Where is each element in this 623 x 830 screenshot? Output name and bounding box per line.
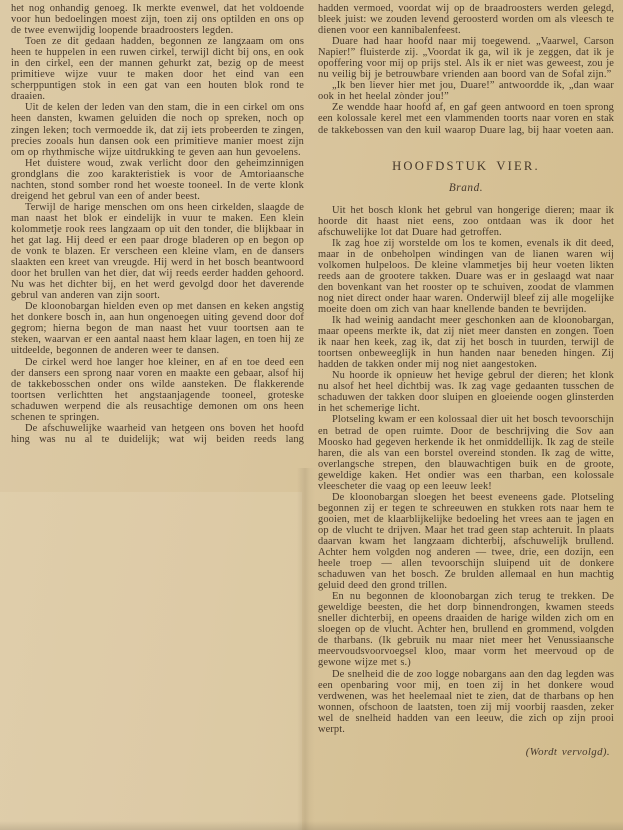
chapter-subtitle: Brand. [318,182,614,194]
paragraph: Uit de kelen der leden van den stam, die… [11,102,304,157]
right-column: hadden vermoed, voordat wij op de braadr… [318,3,614,758]
left-column: het nog onhandig genoeg. Ik merkte evenw… [11,3,304,445]
paragraph: Ik had weinig aandacht meer geschonken a… [318,315,614,370]
page-bottom-edge [0,821,623,830]
paragraph: De kloonobargan hielden even op met dans… [11,301,304,356]
paragraph: Het duistere woud, zwak verlicht door de… [11,158,304,202]
paragraph: Plotseling kwam er een kolossaal dier ui… [318,414,614,491]
magazine-page: het nog onhandig genoeg. Ik merkte evenw… [0,0,623,830]
page-fold-shadow [297,468,315,830]
paragraph: „Ik ben liever hier met jou, Duare!” ant… [318,80,614,102]
chapter-heading: HOOFDSTUK VIER. [318,159,614,174]
paper-sheen [0,492,302,830]
paragraph: En nu begonnen de kloonobargan zich teru… [318,591,614,668]
paragraph: Uit het bosch klonk het gebrul van honge… [318,205,614,238]
paragraph: Terwijl de harige menschen om ons heen c… [11,202,304,301]
paragraph: Ik zag hoe zij worstelde om los te komen… [318,238,614,315]
paragraph: Duare had haar hoofd naar mij toegewend.… [318,36,614,80]
paragraph: De cirkel werd hoe langer hoe kleiner, e… [11,357,304,423]
paragraph: De snelheid die de zoo logge nobargans a… [318,669,614,735]
continuation-note: (Wordt vervolgd). [318,746,614,758]
paragraph: Ze wendde haar hoofd af, en gaf geen ant… [318,102,614,135]
paragraph: het nog onhandig genoeg. Ik merkte evenw… [11,3,304,36]
paragraph: De kloonobargan sloegen het beest evenee… [318,492,614,591]
paragraph: hadden vermoed, voordat wij op de braadr… [318,3,614,36]
paragraph: Nu hoorde ik opnieuw het hevige gebrul d… [318,370,614,414]
paragraph: Toen ze dit gedaan hadden, begonnen ze l… [11,36,304,102]
paragraph: De afschuwelijke waarheid van hetgeen on… [11,423,304,445]
